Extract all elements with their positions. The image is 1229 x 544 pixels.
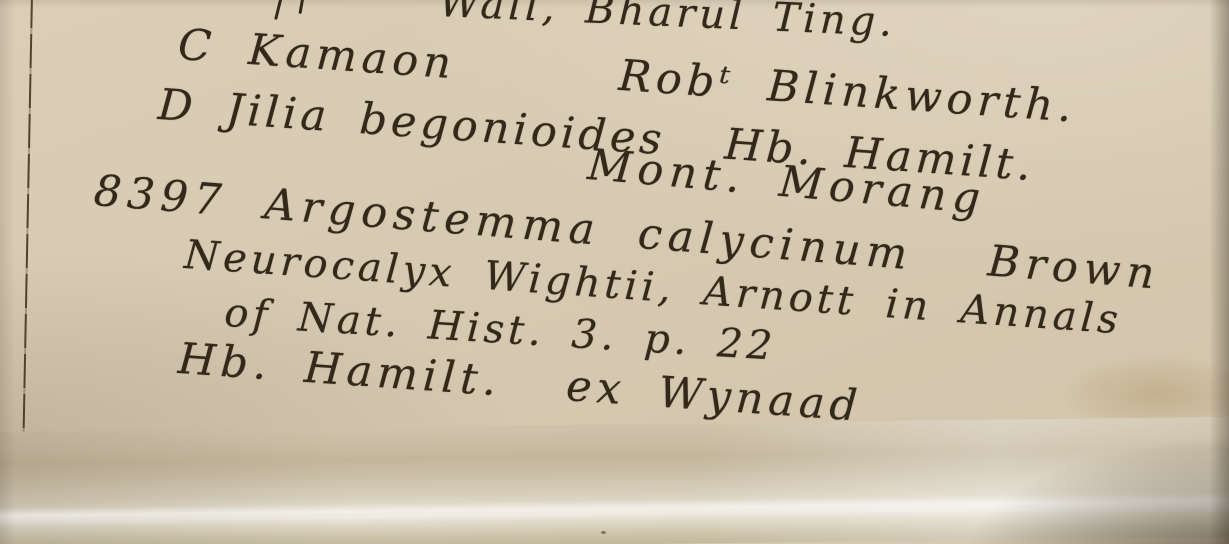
stacked-page-edges (0, 416, 1229, 544)
dust-speck (601, 531, 606, 534)
manuscript-photo: Wall, Bharul Ting. C Kamaon Robᵗ Blinkwo… (0, 0, 1229, 544)
